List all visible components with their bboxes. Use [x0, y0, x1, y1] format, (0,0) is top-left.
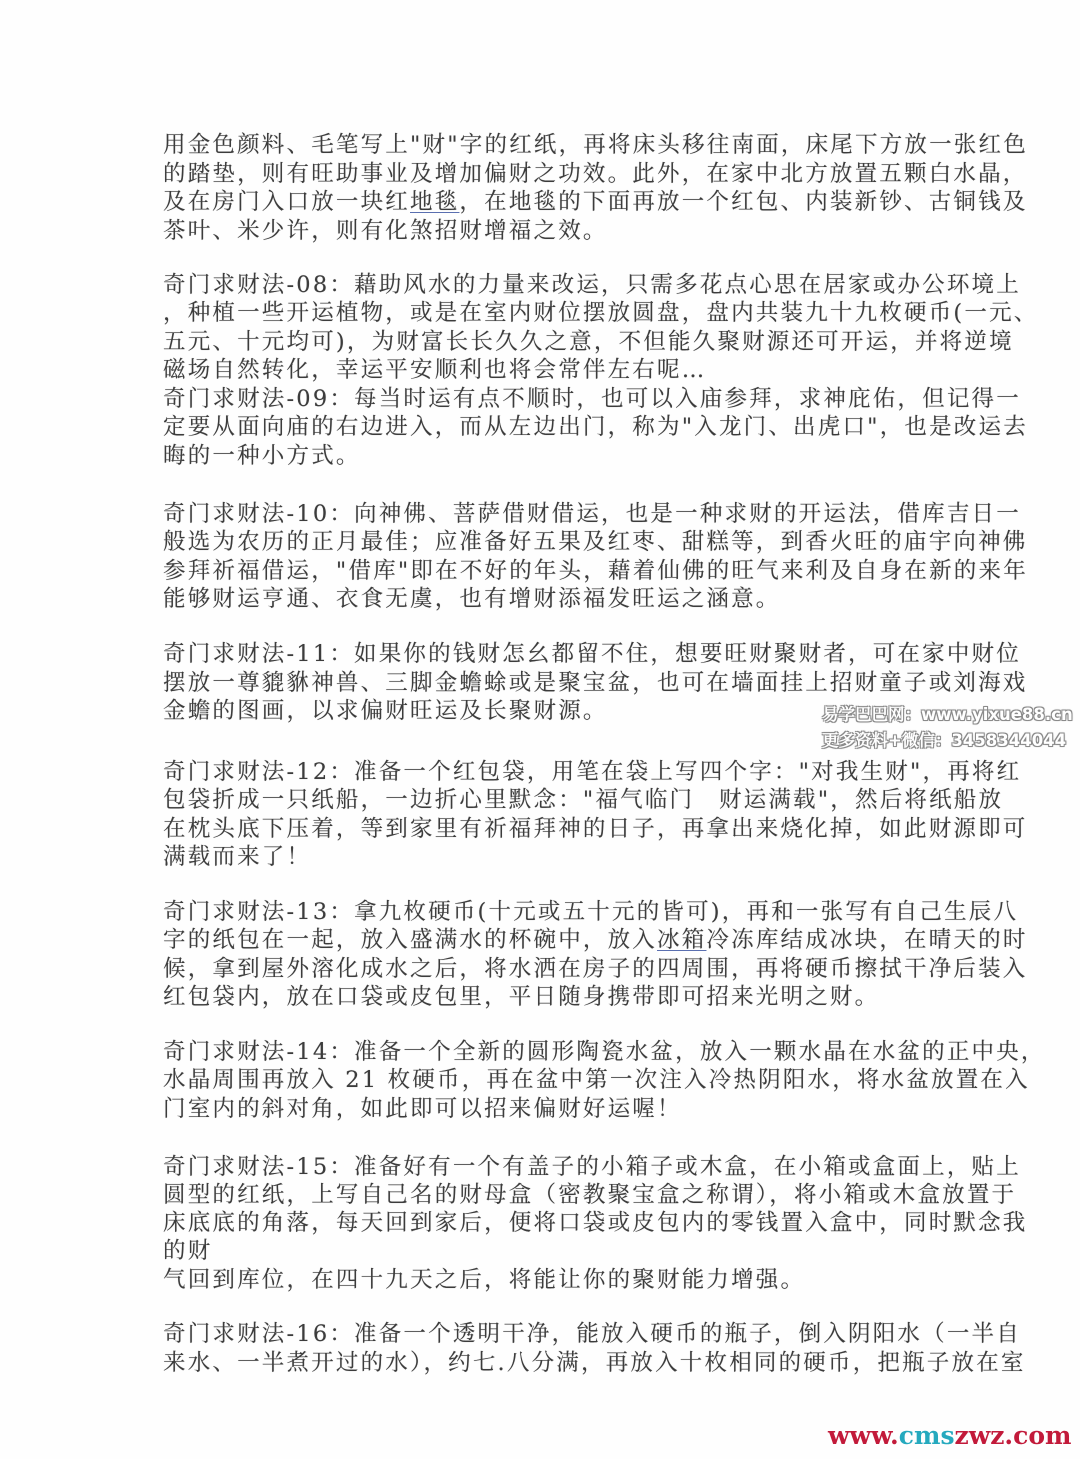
- text-line: 奇门求财法-10：向神佛、菩萨借财借运，也是一种求财的开运法，借库吉日一: [163, 500, 923, 529]
- text-line: 五元、十元均可)，为财富长长久久之意，不但能久聚财源还可开运，并将逆境: [163, 328, 923, 357]
- text-segment: ，在地毯的下面再放一个红包、内装新钞、古铜钱及: [459, 189, 1027, 215]
- text-line: 定要从面向庙的右边进入，而从左边出门，称为"入龙门、出虎口"，也是改运去: [163, 413, 923, 442]
- text-line: ，种植一些开运植物，或是在室内财位摆放圆盘，盘内共装九十九枚硬币(一元、: [163, 299, 923, 328]
- text-line: 能够财运亨通、衣食无虞，也有增财添福发旺运之涵意。: [163, 585, 923, 614]
- document-page: 用金色颜料、毛笔写上"财"字的红纸，再将床头移往南面，床尾下方放一张红色 的踏垫…: [0, 0, 1080, 1459]
- text-line: 圆型的红纸，上写自己名的财母盒（密教聚宝盒之称谓），将小箱或木盒放置于: [163, 1181, 923, 1210]
- carpet-link[interactable]: 地毯: [410, 189, 459, 215]
- text-line: 磁场自然转化，幸运平安顺利也将会常伴左右呢…: [163, 356, 923, 385]
- text-line: 奇门求财法-12：准备一个红包袋，用笔在袋上写四个字："对我生财"，再将红: [163, 758, 923, 787]
- text-line: 奇门求财法-15：准备好有一个有盖子的小箱子或木盒，在小箱或盒面上，贴上: [163, 1153, 923, 1182]
- text-line: 字的纸包在一起，放入盛满水的杯碗中，放入冰箱冷冻库结成冰块，在晴天的时: [163, 926, 923, 955]
- text-line: 的踏垫，则有旺助事业及增加偏财之功效。此外，在家中北方放置五颗白水晶，: [163, 160, 923, 189]
- text-line: 包袋折成一只纸船，一边折心里默念："福气临门 财运满载"，然后将纸船放: [163, 786, 923, 815]
- text-line: 奇门求财法-16：准备一个透明干净，能放入硬币的瓶子，倒入阴阳水（一半自: [163, 1320, 923, 1349]
- text-segment: 字的纸包在一起，放入盛满水的杯碗中，放入: [163, 927, 657, 953]
- text-line: 及在房门入口放一块红地毯，在地毯的下面再放一个红包、内装新钞、古铜钱及: [163, 188, 923, 217]
- text-line: 门室内的斜对角，如此即可以招来偏财好运喔！: [163, 1095, 923, 1124]
- text-line: 奇门求财法-11：如果你的钱财怎幺都留不住，想要旺财聚财者，可在家中财位: [163, 640, 923, 669]
- text-line: 气回到库位，在四十九天之后，将能让你的聚财能力增强。: [163, 1266, 923, 1295]
- text-line: 候，拿到屋外溶化成水之后，将水洒在房子的四周围，再将硬币擦拭干净后装入: [163, 955, 923, 984]
- text-line: 用金色颜料、毛笔写上"财"字的红纸，再将床头移往南面，床尾下方放一张红色: [163, 131, 923, 160]
- text-line: 般选为农历的正月最佳；应准备好五果及红枣、甜糕等，到香火旺的庙宇向神佛: [163, 528, 923, 557]
- text-line: 奇门求财法-09：每当时运有点不顺时，也可以入庙参拜，求神庇佑，但记得一: [163, 385, 923, 414]
- text-line: 满载而来了！: [163, 843, 923, 872]
- text-line: 奇门求财法-14：准备一个全新的圆形陶瓷水盆，放入一颗水晶在水盆的正中央，: [163, 1038, 923, 1067]
- text-line: 红包袋内，放在口袋或皮包里，平日随身携带即可招来光明之财。: [163, 983, 923, 1012]
- text-segment: 冷冻库结成冰块，在晴天的时: [706, 927, 1027, 953]
- text-line: 水晶周围再放入 21 枚硬币，再在盆中第一次注入冷热阴阳水，将水盆放置在入: [163, 1066, 923, 1095]
- text-segment: 及在房门入口放一块红: [163, 189, 410, 215]
- footer-site-middle: cms: [899, 1421, 955, 1450]
- text-line: 摆放一尊貔貅神兽、三脚金蟾蜍或是聚宝盆，也可在墙面挂上招财童子或刘海戏: [163, 669, 923, 698]
- footer-site-prefix: www.: [828, 1421, 899, 1450]
- text-line: 奇门求财法-13：拿九枚硬币(十元或五十元的皆可)，再和一张写有自己生辰八: [163, 898, 923, 927]
- text-line: 来水、一半煮开过的水），约七.八分满，再放入十枚相同的硬币，把瓶子放在室: [163, 1349, 923, 1378]
- text-line: 奇门求财法-08：藉助风水的力量来改运，只需多花点心思在居家或办公环境上: [163, 271, 923, 300]
- text-line: 金蟾的图画，以求偏财旺运及长聚财源。: [163, 697, 923, 726]
- watermark-site: 易学巴巴网：www.yixue88.cn: [822, 704, 1072, 726]
- text-line: 晦的一种小方式。: [163, 442, 923, 471]
- text-line: 床底底的角落，每天回到家后，便将口袋或皮包内的零钱置入盒中，同时默念我: [163, 1209, 923, 1238]
- text-line: 的财: [163, 1237, 923, 1266]
- footer-site-logo: www.cmszwz.com: [828, 1421, 1071, 1451]
- footer-site-suffix: zwz.com: [955, 1421, 1072, 1450]
- fridge-link[interactable]: 冰箱: [657, 927, 706, 953]
- text-line: 参拜祈福借运，"借库"即在不好的年头，藉着仙佛的旺气来利及自身在新的来年: [163, 557, 923, 586]
- text-line: 在枕头底下压着，等到家里有祈福拜神的日子，再拿出来烧化掉，如此财源即可: [163, 815, 923, 844]
- watermark-contact: 更多资料+微信：3458344044: [822, 730, 1072, 752]
- text-line: 茶叶、米少许，则有化煞招财增福之效。: [163, 217, 923, 246]
